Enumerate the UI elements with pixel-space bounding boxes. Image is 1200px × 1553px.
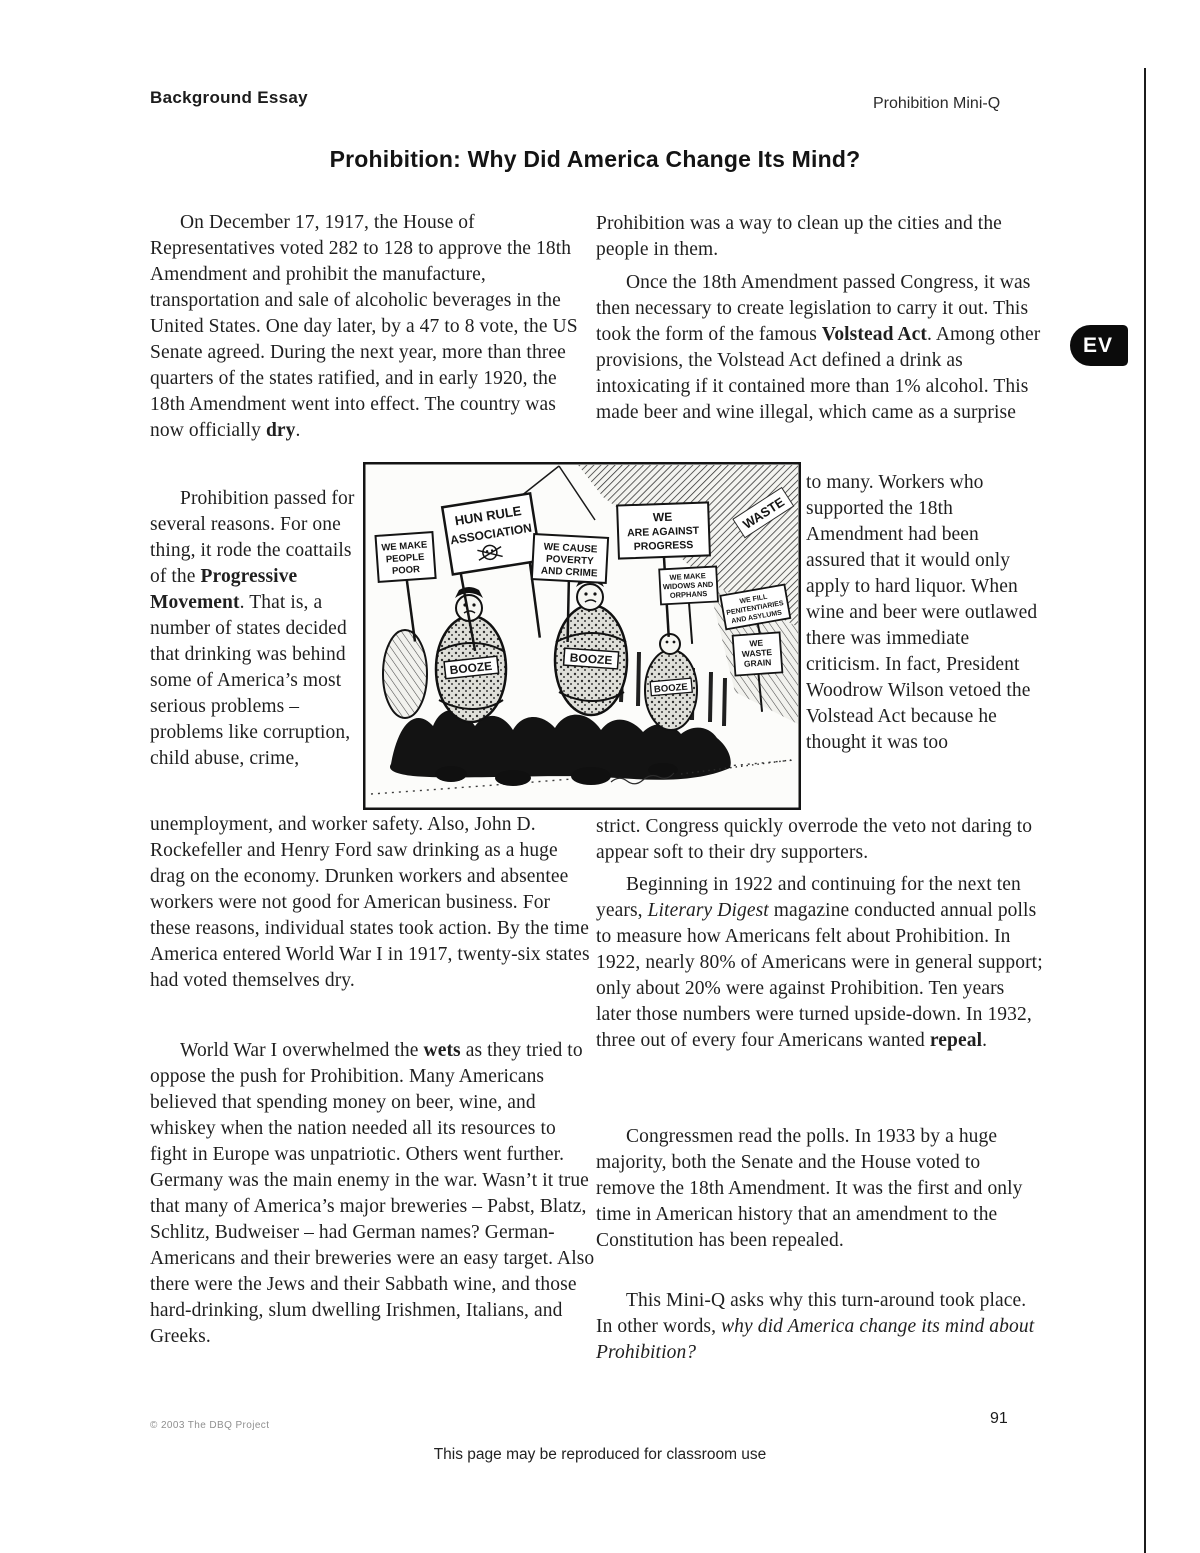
right-paragraph-1-wide: Once the 18th Amendment passed Congress,… <box>596 270 1044 426</box>
ev-tab-badge: EV <box>1070 325 1128 366</box>
page-title: Prohibition: Why Did America Change Its … <box>150 146 1040 173</box>
left-paragraph-1: On December 17, 1917, the House of Repre… <box>150 210 592 444</box>
svg-text:POOR: POOR <box>392 564 421 577</box>
scan-edge-line <box>1144 68 1146 1553</box>
header-left-label: Background Essay <box>150 88 308 108</box>
right-paragraph-0: Prohibition was a way to clean up the ci… <box>596 211 1040 263</box>
svg-text:ARE AGAINST: ARE AGAINST <box>627 525 700 540</box>
left-paragraph-2-narrow: Prohibition passed for several reasons. … <box>150 486 362 772</box>
right-paragraph-1-continued: strict. Congress quickly overrode the ve… <box>596 814 1040 866</box>
right-paragraph-3: Congressmen read the polls. In 1933 by a… <box>596 1124 1044 1254</box>
right-paragraph-2: Beginning in 1922 and continuing for the… <box>596 872 1044 1054</box>
political-cartoon: BOOZE BOOZE <box>363 462 801 810</box>
svg-text:GRAIN: GRAIN <box>744 657 772 669</box>
scanned-document-page: Background Essay Prohibition Mini-Q Proh… <box>0 0 1200 1553</box>
svg-text:BOOZE: BOOZE <box>569 651 613 668</box>
ev-badge-label: EV <box>1083 334 1113 358</box>
page-number: 91 <box>990 1410 1008 1428</box>
right-paragraph-1-narrow: to many. Workers who supported the 18th … <box>806 470 1040 756</box>
right-paragraph-4: This Mini-Q asks why this turn-around to… <box>596 1288 1044 1366</box>
left-paragraph-3: World War I overwhelmed the wets as they… <box>150 1038 596 1350</box>
header-right-label: Prohibition Mini-Q <box>873 95 1000 113</box>
svg-text:PROGRESS: PROGRESS <box>634 539 694 553</box>
footer-copyright: © 2003 The DBQ Project <box>150 1420 269 1431</box>
left-paragraph-2-continued: unemployment, and worker safety. Also, J… <box>150 812 592 994</box>
footer-reproduction-notice: This page may be reproduced for classroo… <box>300 1446 900 1464</box>
svg-text:WE: WE <box>653 510 673 525</box>
